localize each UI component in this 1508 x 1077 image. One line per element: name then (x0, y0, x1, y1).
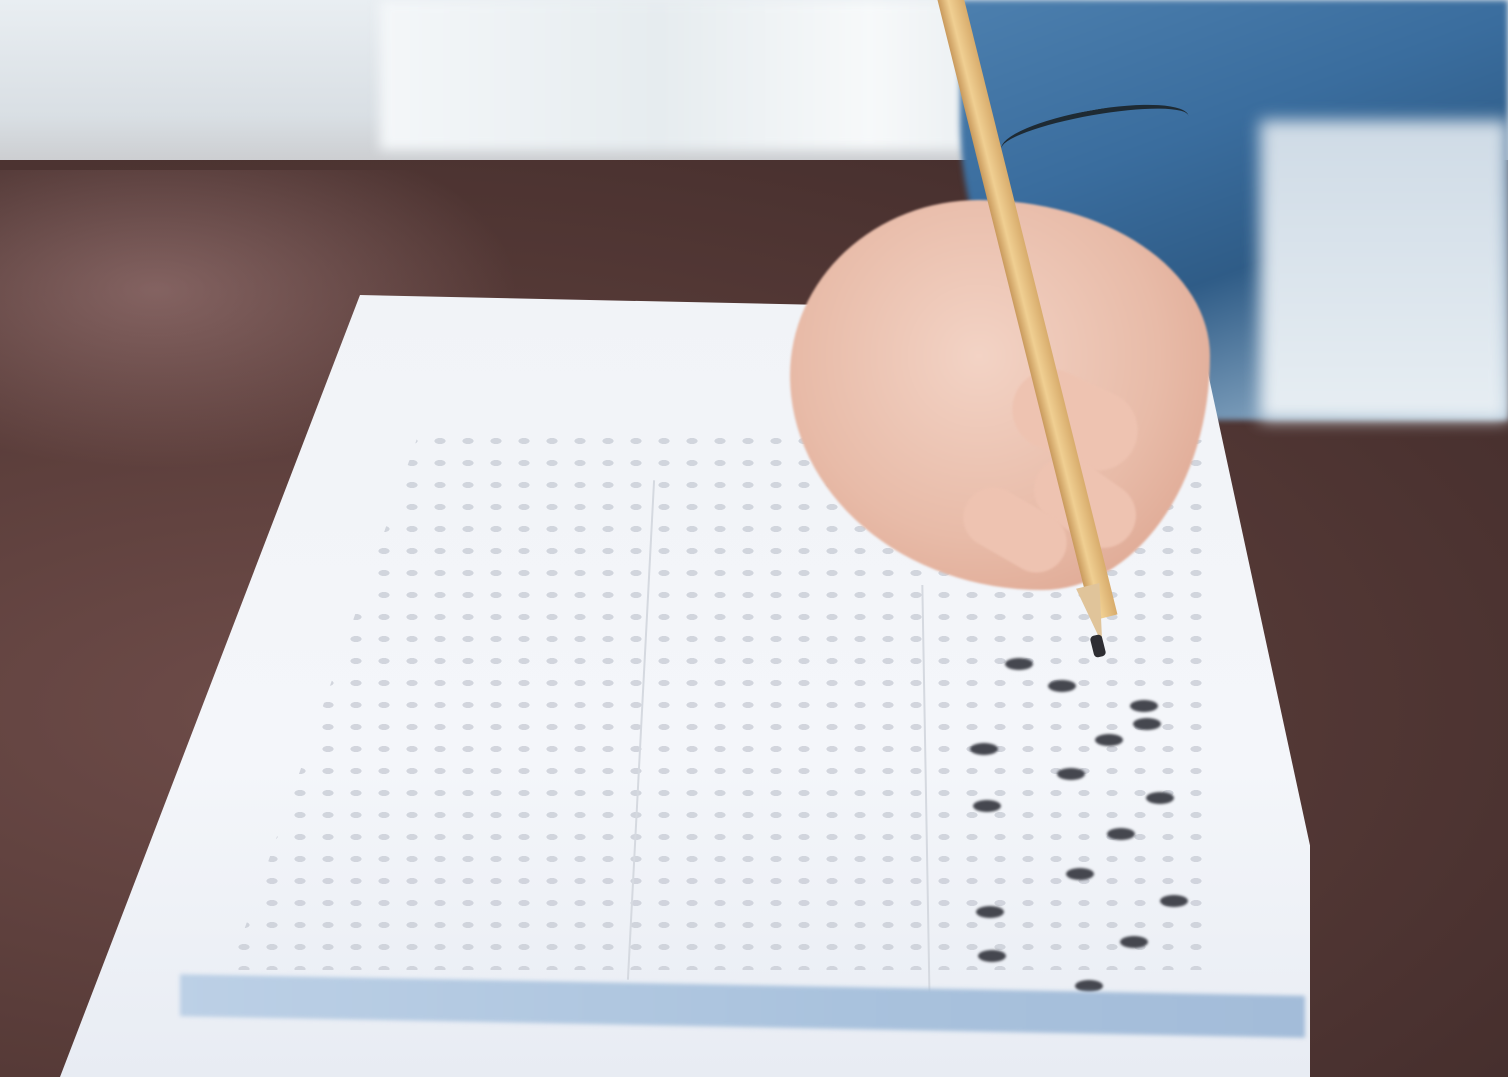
filled-bubble (1057, 768, 1085, 780)
background-light (1260, 120, 1508, 420)
filled-bubble (978, 950, 1006, 962)
filled-bubble (1075, 980, 1103, 992)
filled-bubble (1095, 734, 1123, 746)
filled-bubble (1066, 868, 1094, 880)
filled-bubble (1048, 680, 1076, 692)
filled-bubble (1146, 792, 1174, 804)
filled-bubble (1133, 718, 1161, 730)
filled-bubble (1005, 658, 1033, 670)
filled-bubble (973, 800, 1001, 812)
filled-bubble (1120, 936, 1148, 948)
filled-bubble (1130, 700, 1158, 712)
filled-bubble (1160, 895, 1188, 907)
filled-bubble (1107, 828, 1135, 840)
filled-bubble (970, 743, 998, 755)
filled-bubble (976, 906, 1004, 918)
